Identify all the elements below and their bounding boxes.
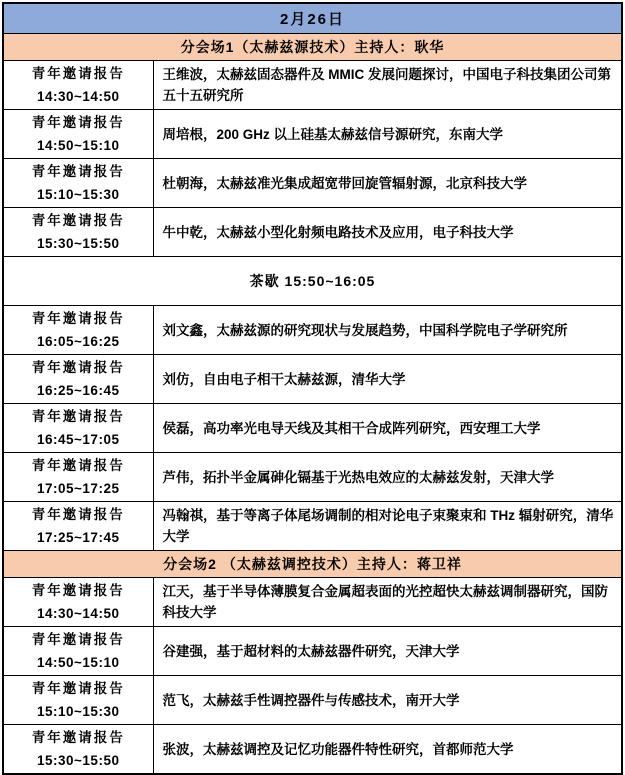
slot-cell: 青年邀请报告 16:45~17:05 xyxy=(3,404,153,453)
talk-type-label: 青年邀请报告 xyxy=(5,579,152,602)
talk-type-label: 青年邀请报告 xyxy=(5,356,152,379)
talk-type-label: 青年邀请报告 xyxy=(5,405,152,428)
talk-detail: 江天，基于半导体薄膜复合金属超表面的光控超快太赫兹调制器研究，国防科技大学 xyxy=(153,578,622,627)
talk-time: 16:25~16:45 xyxy=(5,379,152,402)
talk-row: 青年邀请报告 14:30~14:50 江天，基于半导体薄膜复合金属超表面的光控超… xyxy=(3,578,622,627)
talk-type-label: 青年邀请报告 xyxy=(5,677,152,700)
talk-row: 青年邀请报告 15:10~15:30 范飞，太赫兹手性调控器件与传感技术，南开大… xyxy=(3,676,622,725)
talk-time: 14:30~14:50 xyxy=(5,85,152,108)
talk-detail: 刘仿，自由电子相干太赫兹源，清华大学 xyxy=(153,355,622,404)
slot-cell: 青年邀请报告 14:50~15:10 xyxy=(3,627,153,676)
talk-time: 14:50~15:10 xyxy=(5,134,152,157)
talk-type-label: 青年邀请报告 xyxy=(5,454,152,477)
talk-detail: 谷建强，基于超材料的太赫兹器件研究，天津大学 xyxy=(153,627,622,676)
talk-type-label: 青年邀请报告 xyxy=(5,160,152,183)
talk-time: 17:05~17:25 xyxy=(5,477,152,500)
slot-cell: 青年邀请报告 14:30~14:50 xyxy=(3,578,153,627)
talk-detail: 冯翰祺，基于等离子体尾场调制的相对论电子束聚束和 THz 辐射研究，清华大学 xyxy=(153,502,622,551)
talk-type-label: 青年邀请报告 xyxy=(5,307,152,330)
talk-row: 青年邀请报告 14:50~15:10 谷建强，基于超材料的太赫兹器件研究，天津大… xyxy=(3,627,622,676)
talk-row: 青年邀请报告 14:50~15:10 周培根，200 GHz 以上硅基太赫兹信号… xyxy=(3,110,622,159)
slot-cell: 青年邀请报告 15:10~15:30 xyxy=(3,676,153,725)
talk-type-label: 青年邀请报告 xyxy=(5,62,152,85)
talk-time: 16:05~16:25 xyxy=(5,330,152,353)
talk-row: 青年邀请报告 15:30~15:50 张波，太赫兹调控及记忆功能器件特性研究，首… xyxy=(3,725,622,775)
talk-time: 15:10~15:30 xyxy=(5,700,152,723)
slot-cell: 青年邀请报告 15:30~15:50 xyxy=(3,208,153,257)
talk-type-label: 青年邀请报告 xyxy=(5,726,152,749)
talk-row: 青年邀请报告 17:25~17:45 冯翰祺，基于等离子体尾场调制的相对论电子束… xyxy=(3,502,622,551)
talk-row: 青年邀请报告 15:30~15:50 牛中乾，太赫兹小型化射频电路技术及应用，电… xyxy=(3,208,622,257)
section-2-header: 分会场2 （太赫兹调控技术）主持人：蒋卫祥 xyxy=(3,551,622,578)
talk-detail: 王维波，太赫兹固态器件及 MMIC 发展问题探讨，中国电子科技集团公司第五十五研… xyxy=(153,61,622,110)
break-row: 茶歇 15:50~16:05 xyxy=(3,257,622,306)
schedule-table: 2月26日 分会场1（太赫兹源技术）主持人：耿华 青年邀请报告 14:30~14… xyxy=(2,2,623,775)
slot-cell: 青年邀请报告 17:05~17:25 xyxy=(3,453,153,502)
talk-type-label: 青年邀请报告 xyxy=(5,503,152,526)
talk-type-label: 青年邀请报告 xyxy=(5,628,152,651)
talk-detail: 芦伟，拓扑半金属砷化镉基于光热电效应的太赫兹发射，天津大学 xyxy=(153,453,622,502)
talk-time: 15:30~15:50 xyxy=(5,232,152,255)
slot-cell: 青年邀请报告 14:30~14:50 xyxy=(3,61,153,110)
talk-time: 15:10~15:30 xyxy=(5,183,152,206)
section-2-row: 分会场2 （太赫兹调控技术）主持人：蒋卫祥 xyxy=(3,551,622,578)
talk-detail: 范飞，太赫兹手性调控器件与传感技术，南开大学 xyxy=(153,676,622,725)
slot-cell: 青年邀请报告 16:25~16:45 xyxy=(3,355,153,404)
section-1-row: 分会场1（太赫兹源技术）主持人：耿华 xyxy=(3,34,622,61)
section-1-header: 分会场1（太赫兹源技术）主持人：耿华 xyxy=(3,34,622,61)
date-header: 2月26日 xyxy=(3,3,622,34)
date-row: 2月26日 xyxy=(3,3,622,34)
talk-row: 青年邀请报告 14:30~14:50 王维波，太赫兹固态器件及 MMIC 发展问… xyxy=(3,61,622,110)
talk-time: 15:30~15:50 xyxy=(5,749,152,772)
talk-type-label: 青年邀请报告 xyxy=(5,209,152,232)
talk-detail: 刘文鑫，太赫兹源的研究现状与发展趋势，中国科学院电子学研究所 xyxy=(153,306,622,355)
talk-row: 青年邀请报告 15:10~15:30 杜朝海，太赫兹准光集成超宽带回旋管辐射源，… xyxy=(3,159,622,208)
talk-detail: 侯磊，高功率光电导天线及其相干合成阵列研究，西安理工大学 xyxy=(153,404,622,453)
talk-row: 青年邀请报告 16:25~16:45 刘仿，自由电子相干太赫兹源，清华大学 xyxy=(3,355,622,404)
tea-break: 茶歇 15:50~16:05 xyxy=(3,257,622,306)
talk-detail: 张波，太赫兹调控及记忆功能器件特性研究，首都师范大学 xyxy=(153,725,622,775)
talk-detail: 杜朝海，太赫兹准光集成超宽带回旋管辐射源，北京科技大学 xyxy=(153,159,622,208)
talk-time: 14:50~15:10 xyxy=(5,651,152,674)
talk-time: 14:30~14:50 xyxy=(5,602,152,625)
talk-type-label: 青年邀请报告 xyxy=(5,111,152,134)
slot-cell: 青年邀请报告 16:05~16:25 xyxy=(3,306,153,355)
talk-row: 青年邀请报告 16:45~17:05 侯磊，高功率光电导天线及其相干合成阵列研究… xyxy=(3,404,622,453)
talk-time: 16:45~17:05 xyxy=(5,428,152,451)
slot-cell: 青年邀请报告 15:10~15:30 xyxy=(3,159,153,208)
talk-row: 青年邀请报告 17:05~17:25 芦伟，拓扑半金属砷化镉基于光热电效应的太赫… xyxy=(3,453,622,502)
talk-row: 青年邀请报告 16:05~16:25 刘文鑫，太赫兹源的研究现状与发展趋势，中国… xyxy=(3,306,622,355)
talk-detail: 周培根，200 GHz 以上硅基太赫兹信号源研究，东南大学 xyxy=(153,110,622,159)
talk-detail: 牛中乾，太赫兹小型化射频电路技术及应用，电子科技大学 xyxy=(153,208,622,257)
talk-time: 17:25~17:45 xyxy=(5,526,152,549)
slot-cell: 青年邀请报告 15:30~15:50 xyxy=(3,725,153,775)
slot-cell: 青年邀请报告 14:50~15:10 xyxy=(3,110,153,159)
slot-cell: 青年邀请报告 17:25~17:45 xyxy=(3,502,153,551)
